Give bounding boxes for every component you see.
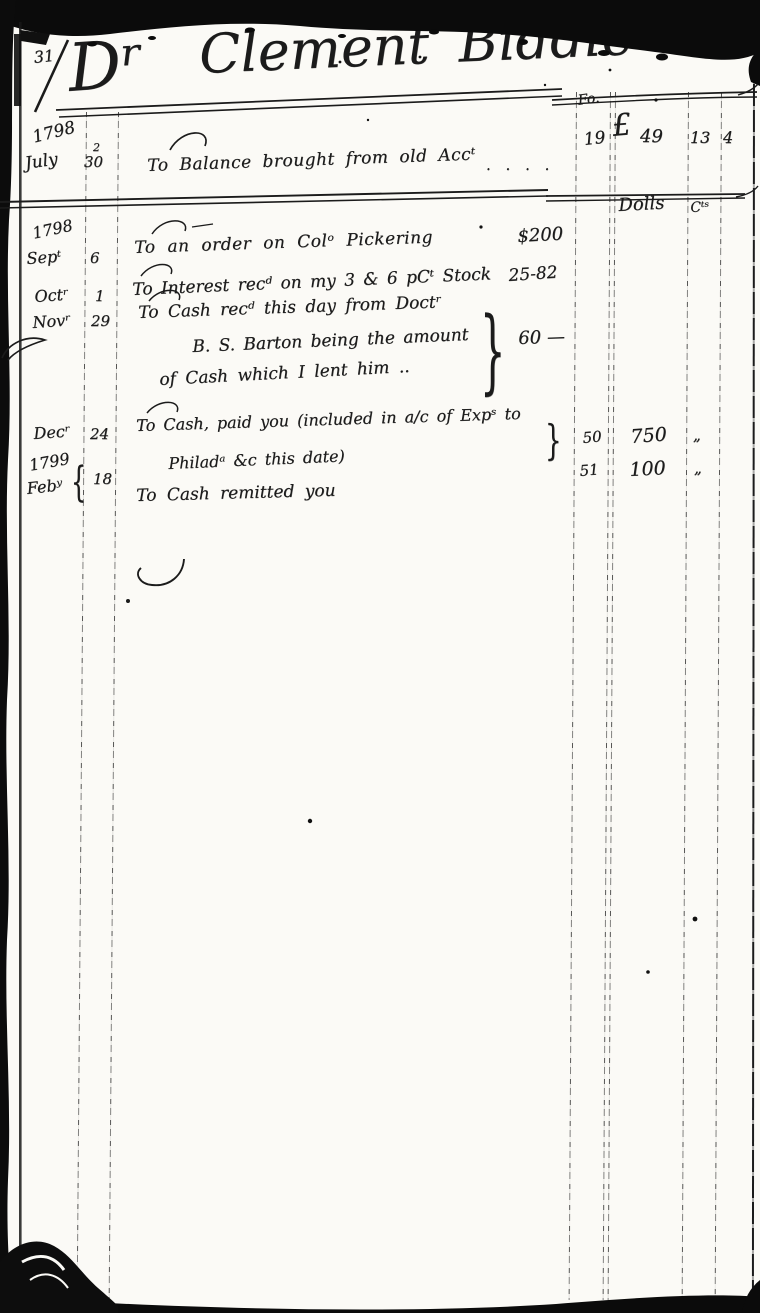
- page-right-edge-line: [752, 58, 755, 1296]
- entry-folio: 50: [582, 429, 602, 446]
- entry-day: 18: [93, 472, 112, 487]
- entry-dollars: 100: [629, 459, 666, 480]
- page-fold: [0, 1241, 118, 1313]
- entry-year: 1798: [31, 218, 74, 242]
- entry-amount-inline: $200: [517, 226, 564, 246]
- entry-folio: 51: [579, 462, 599, 479]
- entry-amount-inline: 60 —: [518, 328, 565, 348]
- entry-month: Octʳ: [34, 287, 69, 305]
- rule-shillings-col: [682, 92, 689, 1300]
- cts-column-header: Cᵗˢ: [690, 200, 710, 215]
- balance-year: 1798: [31, 120, 77, 147]
- left-edge-shadow: [0, 0, 16, 1313]
- entry-day: 6: [90, 251, 100, 266]
- entry-description: To Cash recᵈ this day from Doctʳ: [138, 294, 442, 322]
- date-brace: {: [71, 462, 86, 503]
- pound-sign: £: [611, 110, 633, 142]
- entry-day: 29: [91, 314, 110, 329]
- ink-speck: [308, 819, 312, 823]
- entry-day: 1: [95, 289, 105, 304]
- margin-squiggle: [2, 338, 45, 360]
- entry-description: To Cash remitted you: [136, 483, 336, 505]
- entry-amount-inline: 25-82: [508, 265, 558, 285]
- entry-year: 1799: [28, 451, 71, 474]
- entry-month: Novʳ: [32, 312, 71, 331]
- dolls-column-header: Dolls: [618, 195, 665, 215]
- entry-day: 24: [90, 427, 109, 442]
- bottom-edge-shadow: [30, 1295, 760, 1313]
- section-rule-2: [0, 196, 548, 208]
- rule-pence-col: [715, 92, 722, 1300]
- entry-month: Febʸ: [26, 477, 63, 497]
- rule-folio-col: [569, 92, 577, 1300]
- entry-description-line2: Philadᵃ &c this date): [168, 448, 345, 472]
- entry-description: To Cash, paid you (included in a/c of Ex…: [136, 406, 521, 434]
- balance-description: To Balance brought from old Accᵗ: [147, 147, 476, 175]
- balance-month: July: [24, 151, 59, 172]
- rule-day-col-left: [77, 112, 87, 1300]
- grouping-brace: }: [545, 421, 562, 463]
- balance-day-mark: 2: [93, 142, 100, 153]
- balance-folio: 19: [583, 130, 606, 149]
- entry-description: To an order on Colᵒ Pickering: [134, 230, 433, 257]
- folio-column-header: Fo.: [577, 91, 600, 108]
- grouping-brace: }: [480, 306, 505, 398]
- title-dr-abbrev: Dʳ: [66, 31, 146, 102]
- entry-description-line2: B. S. Barton being the amount: [192, 327, 469, 356]
- entry-month: Sepᵗ: [26, 249, 62, 267]
- ink-curl: [138, 559, 184, 585]
- ledger-page: 31 Dʳ Clement Biddle Fo. 1798 July 2 30 …: [0, 0, 760, 1313]
- entry-month: Decʳ: [33, 423, 71, 442]
- entry-dollars: 750: [630, 425, 668, 446]
- left-inner-edge-line: [19, 22, 22, 1313]
- leader-dots: · · · ·: [486, 162, 554, 177]
- balance-pence: 4: [723, 130, 733, 146]
- ditto-mark: „: [693, 428, 701, 443]
- section-rule-1: [0, 190, 548, 202]
- rule-day-col-right: [109, 112, 119, 1300]
- ditto-mark: „: [694, 461, 702, 476]
- balance-pounds: 49: [640, 128, 663, 146]
- corner-frame-mark: [20, 30, 50, 45]
- page-title: Clement Biddle: [198, 9, 635, 82]
- balance-shillings: 13: [690, 130, 710, 146]
- page-number: 31: [33, 48, 55, 66]
- rule-money-col-a: [603, 92, 611, 1300]
- balance-day: 30: [84, 155, 103, 170]
- entry-description-line3: of Cash which I lent him ..: [159, 359, 410, 389]
